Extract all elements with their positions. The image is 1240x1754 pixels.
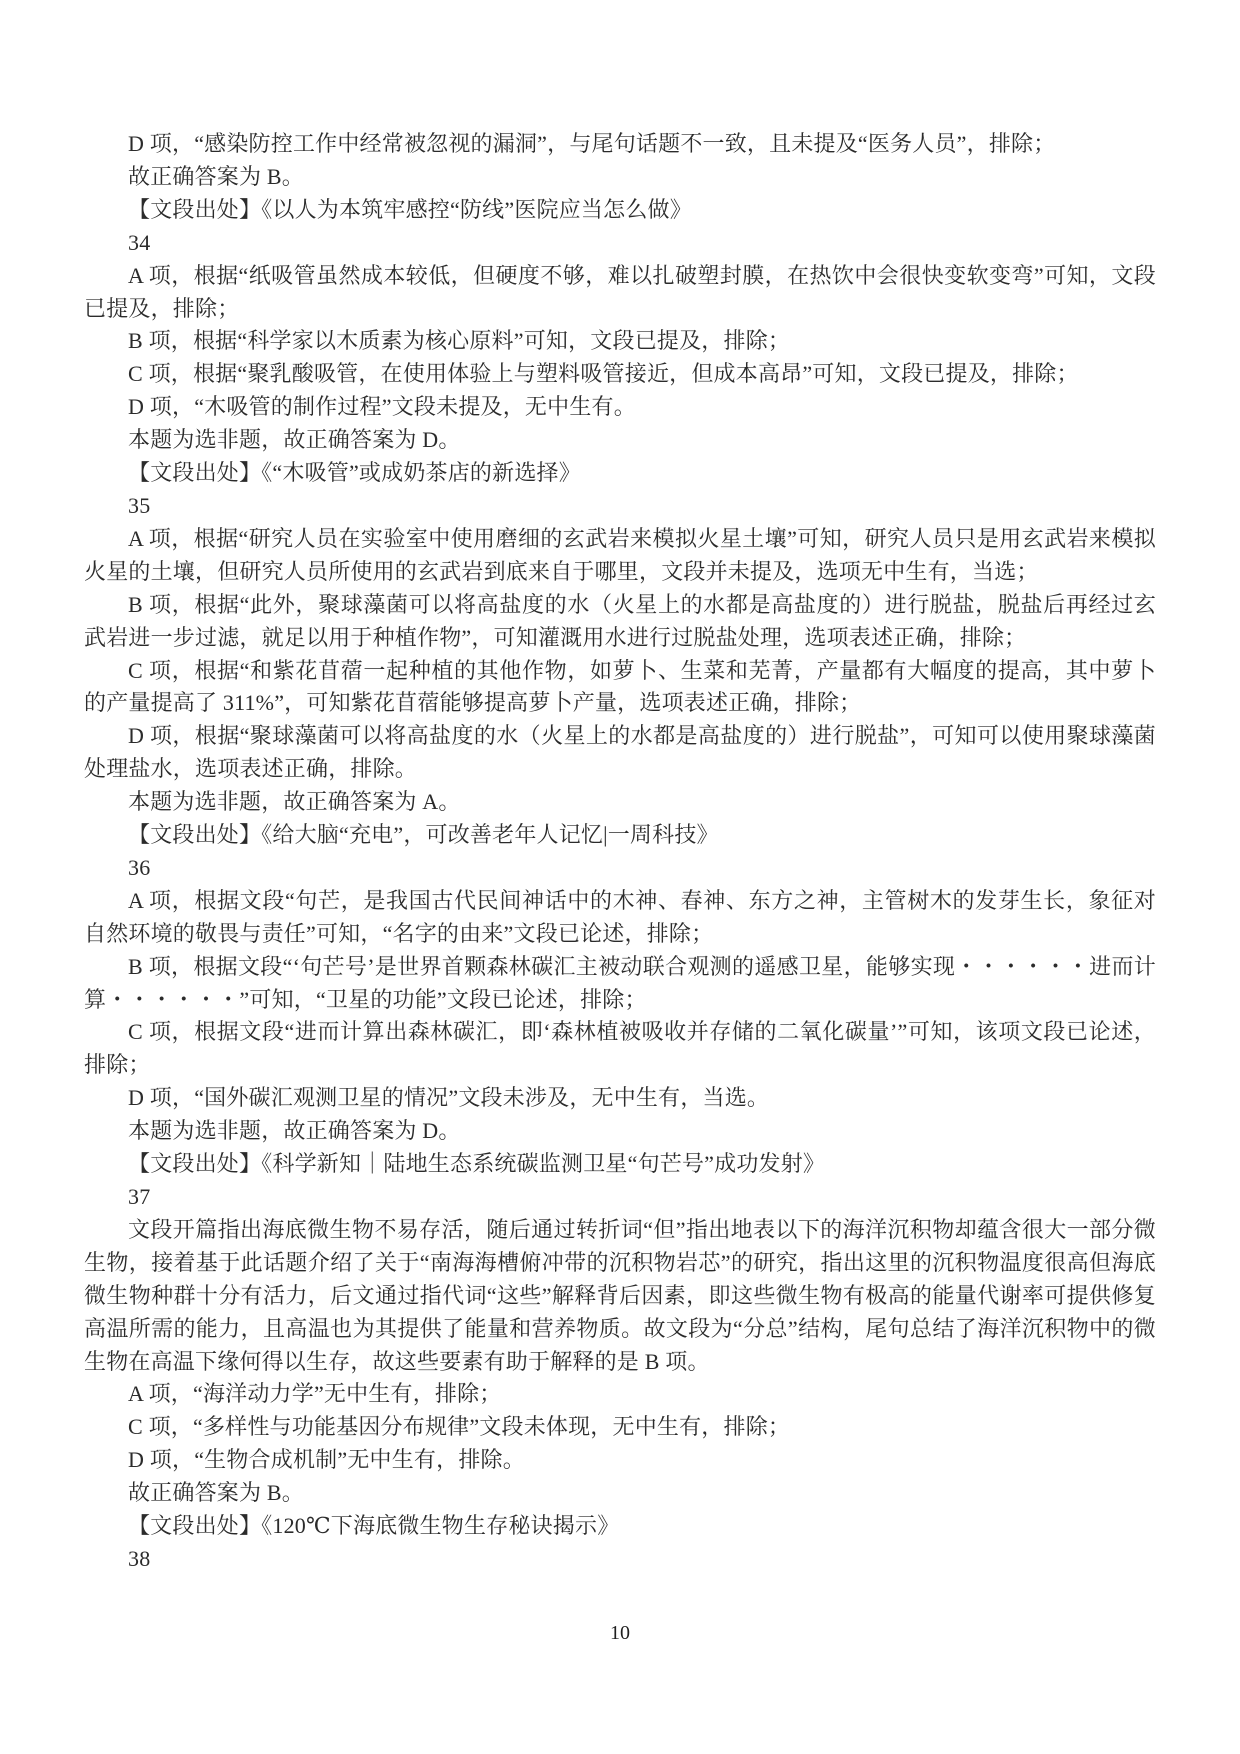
source-line: 【文段出处】《120℃下海底微生物生存秘诀揭示》: [84, 1510, 1156, 1543]
page-content: D 项，“感染防控工作中经常被忽视的漏洞”，与尾句话题不一致，且未提及“医务人员…: [84, 128, 1156, 1576]
answer-line: D 项，“生物合成机制”无中生有，排除。: [84, 1444, 1156, 1477]
question-number: 38: [84, 1543, 1156, 1576]
answer-line: A 项，“海洋动力学”无中生有，排除；: [84, 1378, 1156, 1411]
answer-line: D 项，“木吸管的制作过程”文段未提及，无中生有。: [84, 391, 1156, 424]
source-line: 【文段出处】《科学新知｜陆地生态系统碳监测卫星“句芒号”成功发射》: [84, 1148, 1156, 1181]
answer-line: C 项，根据文段“进而计算出森林碳汇，即‘森林植被吸收并存储的二氧化碳量’”可知…: [84, 1016, 1156, 1082]
answer-line: D 项，“感染防控工作中经常被忽视的漏洞”，与尾句话题不一致，且未提及“医务人员…: [84, 128, 1156, 161]
answer-line: C 项，根据“聚乳酸吸管，在使用体验上与塑料吸管接近，但成本高昂”可知，文段已提…: [84, 358, 1156, 391]
source-line: 【文段出处】《“木吸管”或成奶茶店的新选择》: [84, 457, 1156, 490]
analysis-paragraph: 文段开篇指出海底微生物不易存活，随后通过转折词“但”指出地表以下的海洋沉积物却蕴…: [84, 1214, 1156, 1379]
answer-conclusion: 故正确答案为 B。: [84, 1477, 1156, 1510]
answer-line: A 项，根据文段“句芒，是我国古代民间神话中的木神、春神、东方之神，主管树木的发…: [84, 885, 1156, 951]
answer-line: B 项，根据“科学家以木质素为核心原料”可知，文段已提及，排除；: [84, 325, 1156, 358]
source-line: 【文段出处】《以人为本筑牢感控“防线”医院应当怎么做》: [84, 194, 1156, 227]
answer-line: B 项，根据“此外，聚球藻菌可以将高盐度的水（火星上的水都是高盐度的）进行脱盐，…: [84, 589, 1156, 655]
answer-conclusion: 本题为选非题，故正确答案为 D。: [84, 1115, 1156, 1148]
answer-conclusion: 本题为选非题，故正确答案为 D。: [84, 424, 1156, 457]
question-number: 36: [84, 852, 1156, 885]
page-number: 10: [610, 1622, 630, 1644]
answer-line: A 项，根据“纸吸管虽然成本较低，但硬度不够，难以扎破塑封膜，在热饮中会很快变软…: [84, 260, 1156, 326]
question-number: 37: [84, 1181, 1156, 1214]
answer-conclusion: 本题为选非题，故正确答案为 A。: [84, 786, 1156, 819]
answer-line: C 项，根据“和紫花苜蓿一起种植的其他作物，如萝卜、生菜和芜菁，产量都有大幅度的…: [84, 655, 1156, 721]
answer-line: C 项，“多样性与功能基因分布规律”文段未体现，无中生有，排除；: [84, 1411, 1156, 1444]
question-number: 34: [84, 227, 1156, 260]
answer-line: B 项，根据文段“‘句芒号’是世界首颗森林碳汇主被动联合观测的遥感卫星，能够实现…: [84, 951, 1156, 1017]
question-number: 35: [84, 490, 1156, 523]
answer-line: A 项，根据“研究人员在实验室中使用磨细的玄武岩来模拟火星土壤”可知，研究人员只…: [84, 523, 1156, 589]
answer-line: D 项，“国外碳汇观测卫星的情况”文段未涉及，无中生有，当选。: [84, 1082, 1156, 1115]
document-page: D 项，“感染防控工作中经常被忽视的漏洞”，与尾句话题不一致，且未提及“医务人员…: [0, 0, 1240, 1754]
answer-conclusion: 故正确答案为 B。: [84, 161, 1156, 194]
page-footer: 10: [0, 1622, 1240, 1645]
source-line: 【文段出处】《给大脑“充电”，可改善老年人记忆|一周科技》: [84, 819, 1156, 852]
answer-line: D 项，根据“聚球藻菌可以将高盐度的水（火星上的水都是高盐度的）进行脱盐”，可知…: [84, 720, 1156, 786]
